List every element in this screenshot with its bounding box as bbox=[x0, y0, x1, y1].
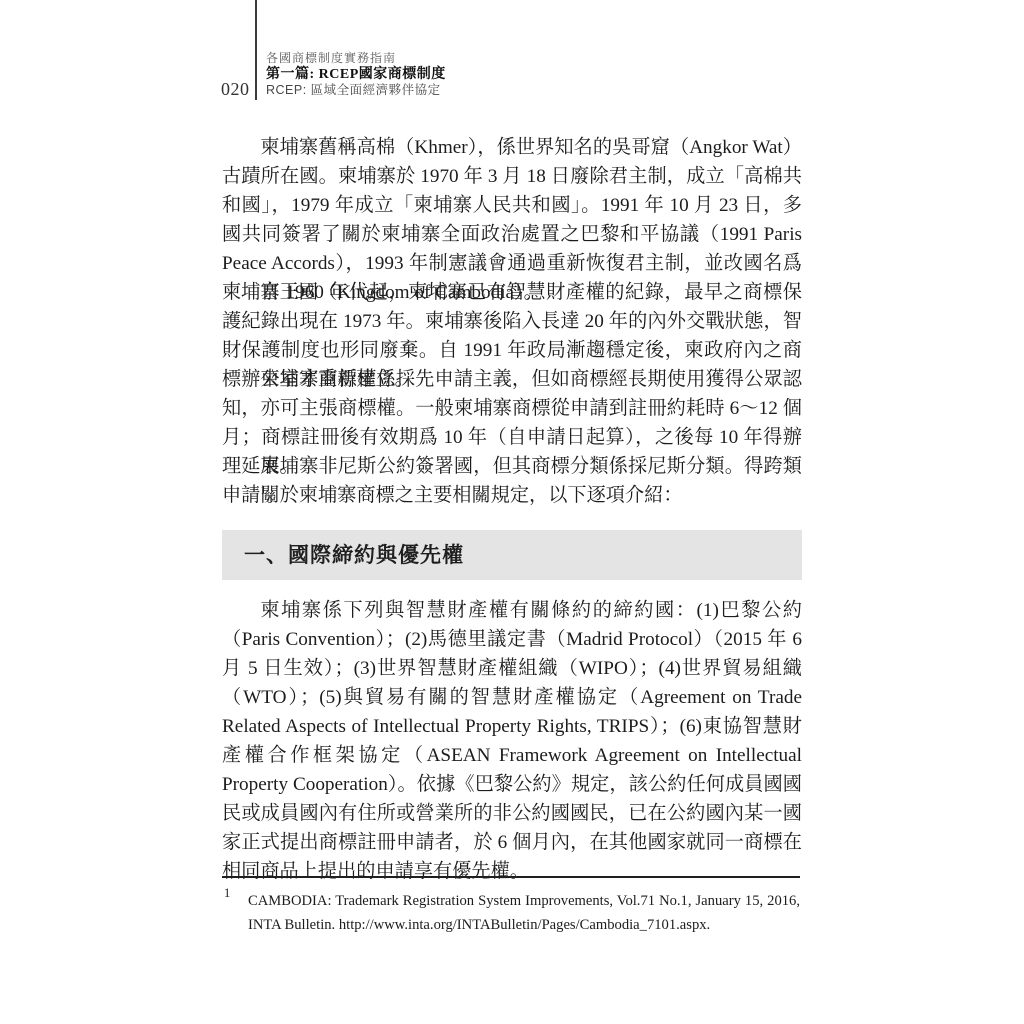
book-page: 020 各國商標制度實務指南 第一篇: RCEP國家商標制度 RCEP: 區域全… bbox=[0, 0, 1024, 1024]
book-series-title: 各國商標制度實務指南 bbox=[266, 51, 446, 66]
footnote-text: CAMBODIA: Trademark Registration System … bbox=[248, 889, 800, 937]
part-subtitle: RCEP: 區域全面經濟夥伴協定 bbox=[266, 83, 446, 98]
header-vertical-rule bbox=[255, 0, 257, 100]
footnote: 1 CAMBODIA: Trademark Registration Syste… bbox=[222, 889, 800, 937]
footnote-marker: 1 bbox=[224, 886, 230, 901]
section-heading-treaties-priority: 一、國際締約與優先權 bbox=[222, 530, 802, 580]
paragraph-intro-list: 關於柬埔寨商標之主要相關規定，以下逐項介紹： bbox=[222, 481, 802, 510]
part-title: 第一篇: RCEP國家商標制度 bbox=[266, 66, 446, 83]
paragraph-treaties: 柬埔寨係下列與智慧財產權有關條約的締約國：(1)巴黎公約（Paris Conve… bbox=[222, 596, 802, 886]
page-number: 020 bbox=[221, 79, 250, 100]
footnote-divider bbox=[222, 876, 800, 878]
running-header: 各國商標制度實務指南 第一篇: RCEP國家商標制度 RCEP: 區域全面經濟夥… bbox=[266, 51, 446, 98]
